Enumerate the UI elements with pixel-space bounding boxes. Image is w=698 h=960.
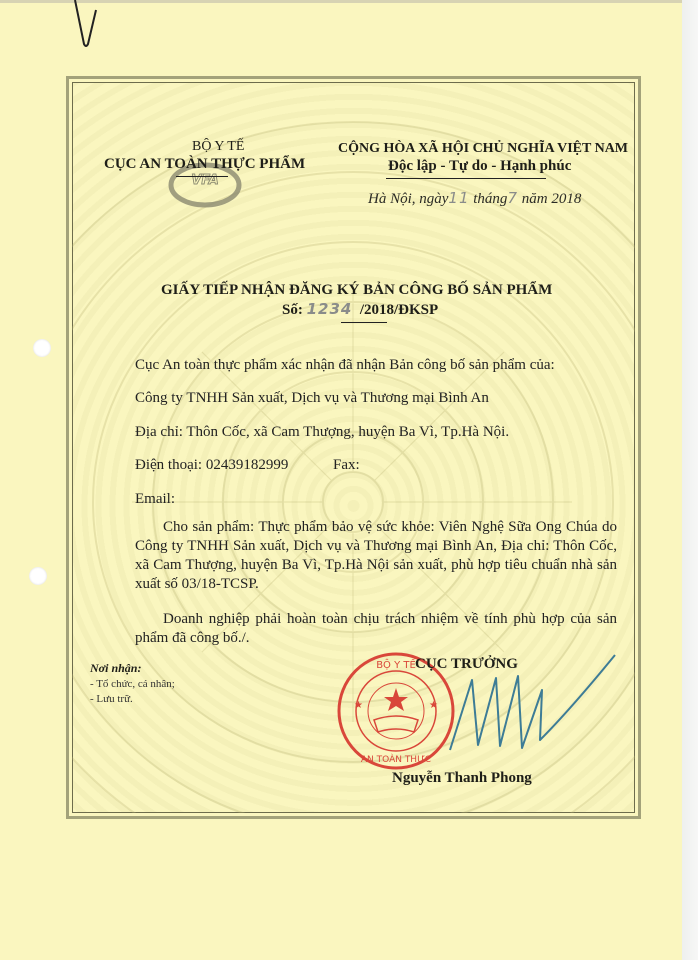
ministry-name: BỘ Y TẾ — [192, 139, 244, 155]
signer-name: Nguyễn Thanh Phong — [392, 770, 532, 787]
country-name: CỘNG HÒA XÃ HỘI CHỦ NGHĨA VIỆT NAM — [338, 141, 628, 157]
scan-edge — [682, 0, 698, 960]
date-year: năm 2018 — [522, 191, 582, 207]
number-suffix: /2018/ĐKSP — [360, 302, 438, 318]
punch-hole-top — [33, 339, 51, 357]
title-underline — [341, 322, 387, 323]
punch-hole-bottom — [29, 567, 47, 585]
document-title: GIẤY TIẾP NHẬN ĐĂNG KÝ BẢN CÔNG BỐ SẢN P… — [161, 282, 552, 299]
recipient-item: - Tổ chức, cá nhân; — [90, 678, 175, 690]
email-line: Email: — [135, 491, 175, 508]
company-line: Công ty TNHH Sản xuất, Dịch vụ và Thương… — [135, 390, 489, 407]
number-handwritten: 1234 — [307, 300, 353, 318]
date-place: Hà Nội, ngày — [368, 191, 448, 207]
intro-line: Cục An toàn thực phẩm xác nhận đã nhận B… — [135, 357, 555, 374]
svg-text:AN TOÀN THỰC: AN TOÀN THỰC — [361, 753, 431, 765]
phone-line: Điện thoại: 02439182999 — [135, 457, 288, 474]
agency-name: CỤC AN TOÀN THỰC PHẨM — [104, 156, 305, 173]
handwritten-signature-icon — [430, 650, 620, 760]
date-day-handwritten: 11 — [448, 189, 469, 207]
date-month-label: tháng — [473, 191, 507, 207]
responsibility-paragraph: Doanh nghiệp phải hoàn toàn chịu trách n… — [135, 610, 617, 648]
svg-text:★: ★ — [354, 700, 363, 711]
agency-underline — [176, 176, 228, 177]
fold-mark-icon — [70, 0, 110, 50]
document-number: Số: 1234 /2018/ĐKSP — [282, 300, 438, 319]
recipients-title: Nơi nhận: — [90, 661, 141, 676]
dateline: Hà Nội, ngày11 tháng7 năm 2018 — [368, 189, 581, 208]
fax-line: Fax: — [333, 457, 360, 474]
address-line: Địa chỉ: Thôn Cốc, xã Cam Thượng, huyện … — [135, 424, 509, 441]
document-page: VFA BỘ Y TẾ CỤC AN TOÀN THỰC PHẨM CỘNG H… — [0, 0, 682, 960]
date-month-handwritten: 7 — [507, 189, 518, 207]
svg-text:BỘ Y TẾ: BỘ Y TẾ — [376, 657, 416, 671]
recipient-item: - Lưu trữ. — [90, 693, 133, 705]
national-motto: Độc lập - Tự do - Hạnh phúc — [388, 158, 571, 175]
number-label: Số: — [282, 302, 303, 318]
product-paragraph: Cho sản phẩm: Thực phẩm bảo vệ sức khỏe:… — [135, 518, 617, 594]
motto-underline — [386, 178, 546, 179]
